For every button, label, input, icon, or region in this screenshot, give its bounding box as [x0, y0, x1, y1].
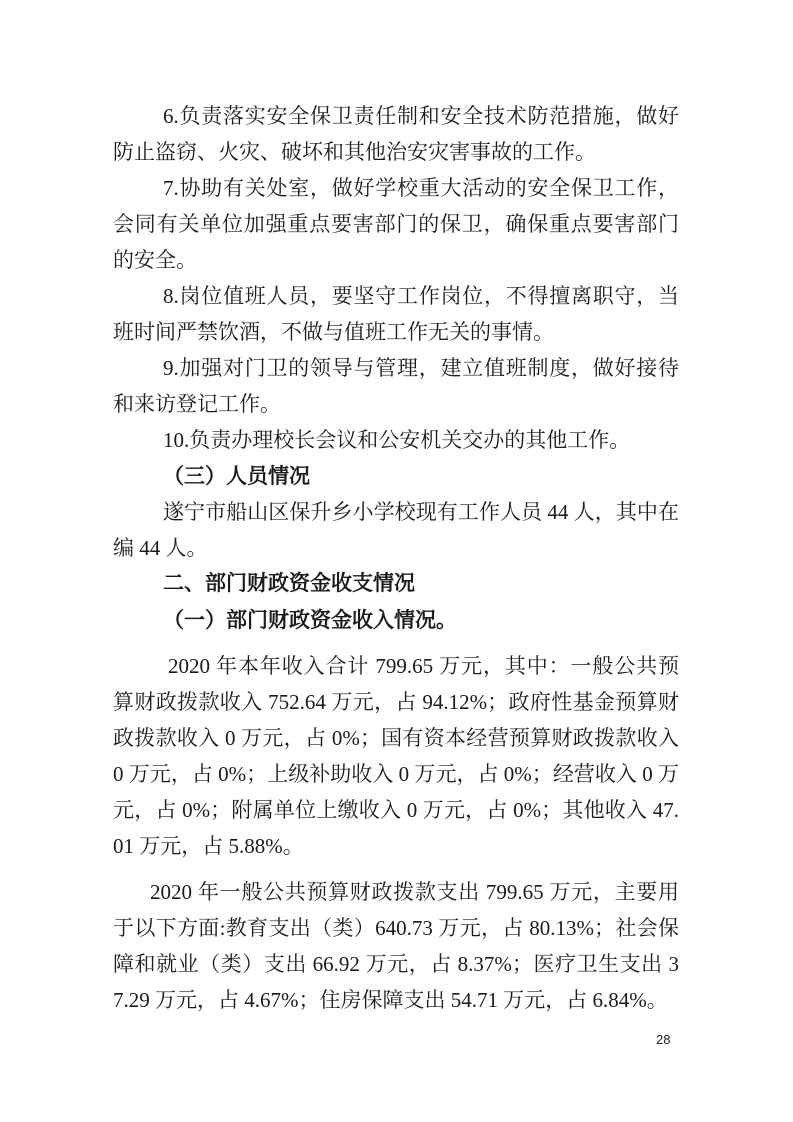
- page-number: 28: [656, 1032, 670, 1048]
- para-duty-10: 10.负责办理校长会议和公安机关交办的其他工作。: [113, 422, 679, 458]
- para-duty-6: 6.负责落实安全保卫责任制和安全技术防范措施，做好防止盗窃、火灾、破坏和其他治安…: [113, 98, 679, 170]
- para-duty-7: 7.协助有关处室，做好学校重大活动的安全保卫工作，会同有关单位加强重点要害部门的…: [113, 170, 679, 278]
- para-personnel-count: 遂宁市船山区保升乡小学校现有工作人员 44 人，其中在编 44 人。: [113, 494, 679, 566]
- document-page: 6.负责落实安全保卫责任制和安全技术防范措施，做好防止盗窃、火灾、破坏和其他治安…: [0, 0, 793, 1122]
- heading-personnel-situation: （三）人员情况: [113, 458, 679, 494]
- page-content: 6.负责落实安全保卫责任制和安全技术防范措施，做好防止盗窃、火灾、破坏和其他治安…: [113, 98, 679, 1018]
- para-expenditure-2020: 2020 年一般公共预算财政拨款支出 799.65 万元，主要用于以下方面:教育…: [113, 874, 679, 1018]
- para-duty-9: 9.加强对门卫的领导与管理，建立值班制度，做好接待和来访登记工作。: [113, 350, 679, 422]
- para-income-2020: 2020 年本年收入合计 799.65 万元，其中：一般公共预算财政拨款收入 7…: [113, 648, 679, 864]
- para-duty-8: 8.岗位值班人员，要坚守工作岗位，不得擅离职守，当班时间严禁饮酒，不做与值班工作…: [113, 278, 679, 350]
- heading-section-finance: 二、部门财政资金收支情况: [113, 566, 679, 602]
- heading-subsection-income: （一）部门财政资金收入情况。: [113, 602, 679, 638]
